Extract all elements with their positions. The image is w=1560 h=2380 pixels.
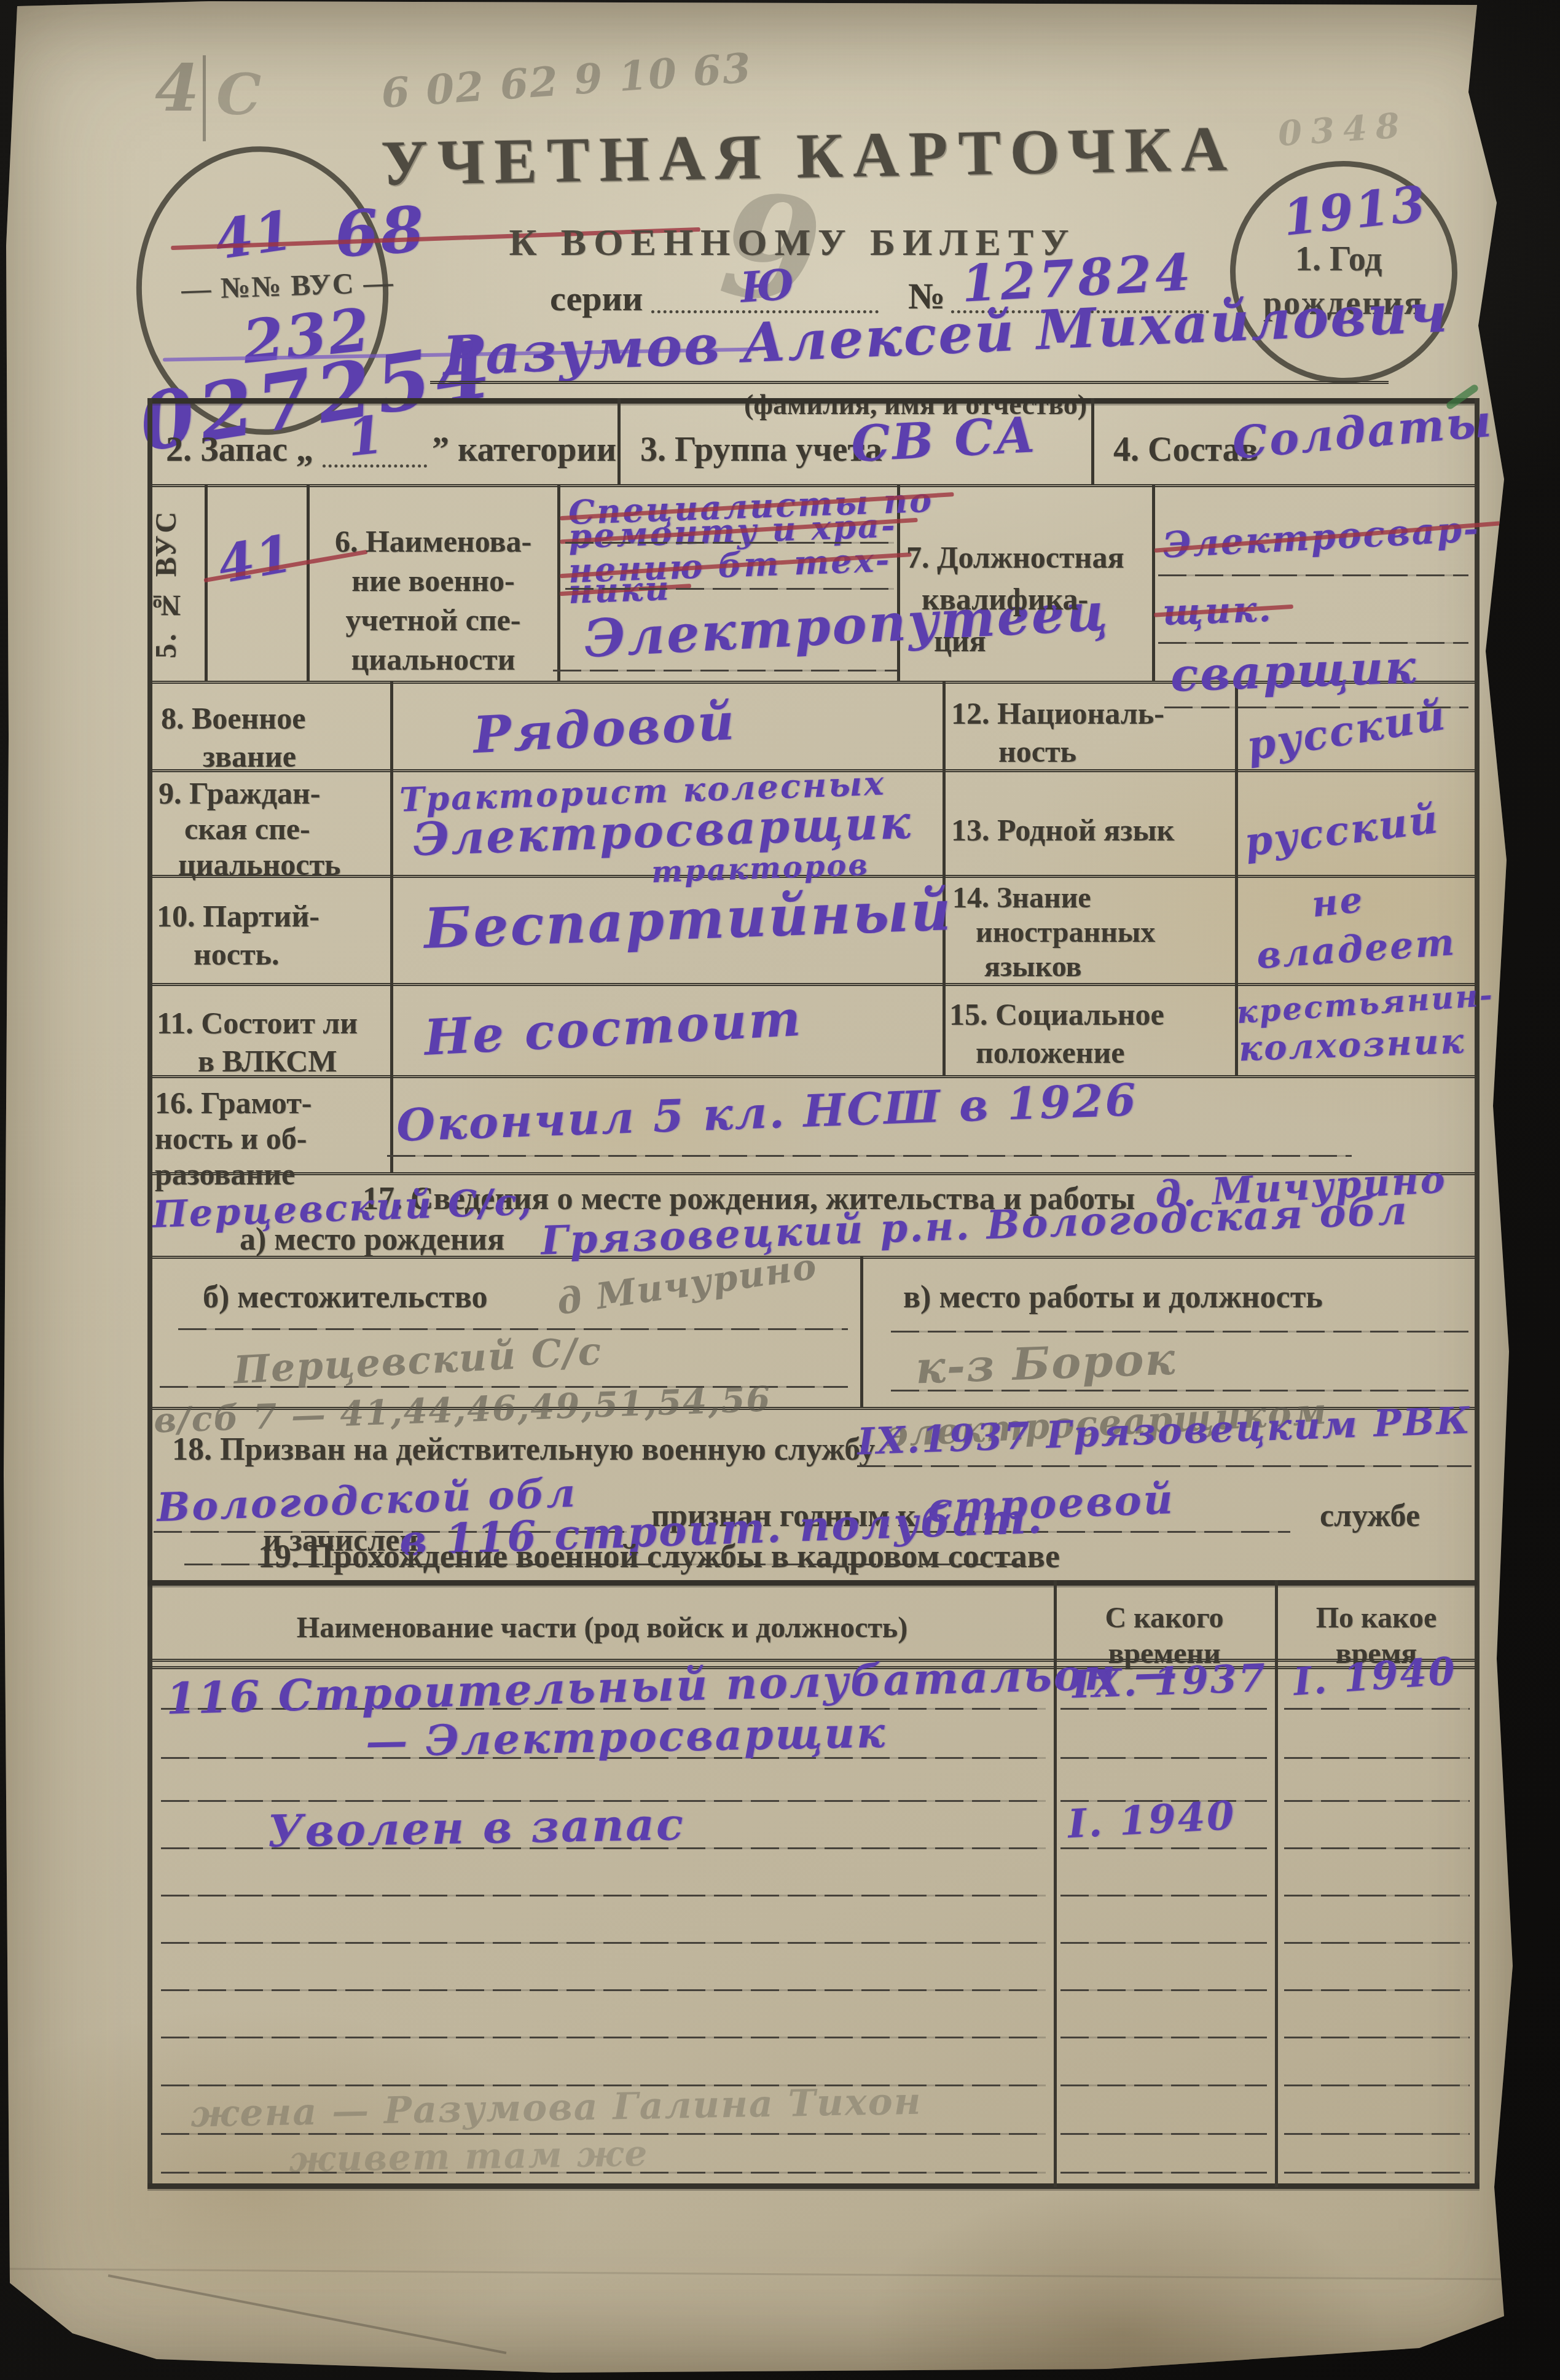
table-rule-line [161,1942,1046,1944]
field10-label-2: ность. [194,936,280,972]
table-rule-line [1284,2084,1470,2086]
table-rule-line [1060,1757,1267,1759]
table-header-from-1: С какого [1057,1601,1272,1635]
cell-rule-line [553,670,897,671]
cell-rule-line [1158,574,1468,576]
cell-rule-line [891,1331,1468,1333]
form-border-top [147,398,1478,404]
field5-label: 5. № ВУС [149,491,202,676]
table-rule-line [161,1895,1046,1897]
cell-divider [1152,484,1155,681]
field6-label-1: 6. Наименова- [316,523,550,559]
table-header-unit: Наименование части (род войск и должност… [184,1611,1020,1645]
field9-label-1: 9. Граждан- [159,775,320,811]
field16-label-2: ность и об- [155,1121,307,1156]
row-separator [147,1075,1478,1078]
form-border-bottom [147,2183,1480,2189]
field5-value: 41 [213,522,298,595]
cell-rule-line [857,1465,1472,1467]
section17v-label: в) место работы и должность [903,1279,1323,1315]
table-rule-line [1060,1847,1267,1849]
table-rule-line [1284,1757,1470,1759]
field12-value: русский [1244,691,1450,770]
field6-label-4: циальности [316,641,550,677]
series-value: Ю [739,260,798,313]
field2-label-post: ” категории [432,430,616,469]
field16-value: Окончил 5 кл. НСШ в 1926 [396,1073,1139,1151]
table-rule-line [1284,1989,1470,1991]
field12-label-2: ность [998,734,1076,769]
field6-label-2: ние военно- [316,563,550,598]
field13-value: русский [1242,796,1442,866]
field6-label-3: учетной спе- [316,602,550,638]
field3-label: 3. Группа учета [640,430,882,469]
field8-label-1: 8. Военное [161,700,305,736]
corner-mark-divider [203,55,206,141]
field15-value-2: колхозник [1238,1021,1466,1070]
table-rule-line [1284,2172,1470,2174]
field7-label-2: квалифика- [922,581,1088,617]
field8-label-2: звание [203,738,296,774]
field16-label-1: 16. Грамот- [155,1085,312,1121]
name-underline [430,381,1389,384]
table-rule-line [1284,1895,1470,1897]
table-rule-line [1060,2133,1267,2135]
cell-divider [307,484,310,681]
table-rule-line [1060,1895,1267,1897]
cell-divider [1091,398,1094,484]
cell-divider [617,398,621,484]
corner-mark-right: С [216,61,262,128]
corner-mark-left: 4 [155,50,200,126]
table-rule-line [1284,2133,1470,2135]
field14-label-1: 14. Знание [952,881,1091,915]
cell-rule-line [565,588,894,590]
field12-label-1: 12. Националь- [951,695,1164,731]
table-rule-line [1060,1708,1267,1710]
cell-rule-line [178,1328,848,1330]
field15-label-1: 15. Социальное [949,996,1164,1032]
table-rule-line [1060,2084,1267,2086]
field9-label-3: циальность [178,847,341,882]
series-label: серии [550,278,643,319]
cell-divider [860,1256,863,1407]
row-separator [147,983,1478,986]
section18-lead: 18. Призван на действительную военную сл… [172,1431,875,1468]
vus-number-old2: 68 [332,192,428,272]
photo-backdrop: 4 С 6 02 62 9 10 63 9 0348 41 68 — №№ ВУ… [0,0,1560,2380]
table-row-discharged: Уволен в запас [267,1798,685,1857]
field7-label-1: 7. Должностная [906,539,1124,575]
field7-struck-2: щик. [1162,588,1274,633]
field7-value: сварщик [1170,641,1419,702]
paper-crease-line [0,2268,1505,2280]
table-rule-line [1284,1942,1470,1944]
table-rule-line [1060,1989,1267,1991]
table-row-discharged-date: I. 1940 [1067,1793,1237,1847]
field2-label: 2. Запас „ [166,430,313,469]
table-rule-line [1284,1847,1470,1849]
table-border-top [147,1580,1478,1586]
field10-label-1: 10. Партий- [157,898,319,934]
section17a-label: а) место рождения [240,1221,504,1258]
table-rule-line [1060,2037,1267,2038]
page-title: УЧЕТНАЯ КАРТОЧКА [380,112,1205,200]
field16-label-3: разование [155,1156,295,1192]
table-header-to-1: По какое [1278,1601,1475,1635]
section17b-pencil-2: Перцевский С/с [233,1328,604,1392]
vus-number-old: 41 [211,198,298,272]
field14-value-1: не [1310,879,1366,926]
table-rule-line [1284,2037,1470,2038]
table-rule-line [161,1989,1046,1991]
table-row-from-date: IX. 1937 [1072,1655,1268,1707]
registration-card: 4 С 6 02 62 9 10 63 9 0348 41 68 — №№ ВУ… [0,0,1560,2380]
table-row-position: — Электросварщик [365,1709,887,1767]
field7-struck-1: Электросвар- [1162,508,1481,566]
cell-rule-line [1158,642,1468,644]
table-column-divider [1275,1580,1278,2187]
field2-value: 1 [344,404,388,468]
field14-label-2: иностранных [976,915,1155,949]
form-border-right [1475,398,1480,2189]
cell-rule-line [387,1155,1352,1157]
table-rule-line [1284,1800,1470,1802]
paper-crease-line [108,2274,507,2354]
cell-divider [390,681,393,1172]
field14-value-2: владеет [1255,921,1457,977]
cell-divider [557,484,560,681]
table-rule-line [1060,2172,1267,2174]
field13-label: 13. Родной язык [951,812,1174,848]
section17v-pencil-1: к-з Борок [915,1333,1177,1394]
field10-value: Беспартийный [423,878,954,961]
field11-label-1: 11. Состоит ли [157,1005,358,1041]
field14-label-3: языков [984,950,1081,984]
table-pencil-wife-note: жена — Разумова Галина Тихон [190,2080,922,2136]
birth-year-caption-1: 1. Год [1295,240,1382,279]
field7-label-3: ция [934,623,986,659]
table-rule-line [1284,1708,1470,1710]
table-rule-line [1060,1942,1267,1944]
faint-serial-note: 0348 [1277,105,1409,155]
field3-value: СВ СА [850,405,1038,473]
table-rule-line [161,2037,1046,2038]
field15-label-2: положение [976,1035,1125,1070]
section17b-label: б) местожительство [203,1279,487,1315]
field9-label-2: ская спе- [184,811,310,847]
section18-tail: службе [1320,1498,1420,1534]
table-pencil-residence-note: живет там же [288,2132,648,2180]
cell-rule-line [891,1390,1468,1392]
pencil-dates-note: 6 02 62 9 10 63 [380,44,753,117]
section19-title: 19. Прохождение военной службы в кадрово… [258,1537,1060,1575]
field8-value: Рядовой [472,692,737,765]
field11-label-2: в ВЛКСМ [198,1043,337,1079]
field11-value: Не состоит [423,989,804,1067]
